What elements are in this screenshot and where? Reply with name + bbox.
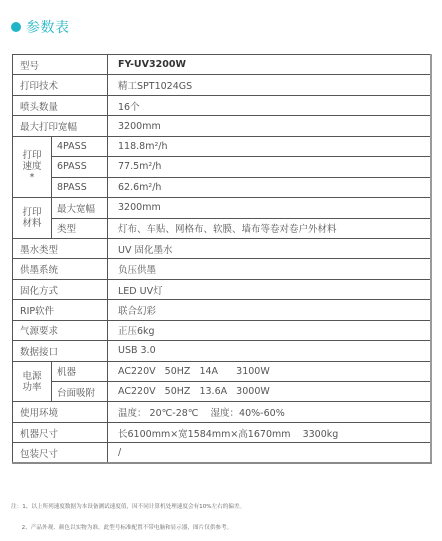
table-row-environment: 使用环境 温度： 20℃-28℃ 湿度：40%-60% (13, 402, 431, 422)
row-value: 长6100mm×宽1584mm×高1670mm 3300kg (108, 422, 431, 442)
group-label-power: 电源功率 (13, 361, 52, 402)
row-label: 包装尺寸 (13, 443, 108, 463)
spec-table: 型号 FY-UV3200W 打印技术 精工SPT1024GS 喷头数量 16个 … (12, 54, 432, 464)
group-label-text: 打印材料 (21, 207, 43, 229)
row-label: RIP软件 (13, 300, 108, 320)
table-row-rip: RIP软件 联合幻彩 (13, 300, 431, 320)
row-value: / (108, 443, 431, 463)
row-value: 3200mm (108, 198, 431, 218)
sub-label: 6PASS (52, 157, 108, 177)
table-row-print-tech: 打印技术 精工SPT1024GS (13, 75, 431, 95)
bullet-dot-icon (11, 22, 21, 32)
row-label: 墨水类型 (13, 238, 108, 258)
table-row-air-source: 气源要求 正压6kg (13, 320, 431, 340)
row-label: 喷头数量 (13, 95, 108, 115)
row-value: 灯布、车贴、网格布、软膜、墙布等卷对卷户外材料 (108, 218, 431, 238)
row-label: 最大打印宽幅 (13, 116, 108, 136)
row-value: USB 3.0 (108, 341, 431, 361)
table-row-power-vacuum: 台面吸附 AC220V 50HZ 13.6A 3000W (13, 382, 431, 402)
table-row-max-print-width: 最大打印宽幅 3200mm (13, 116, 431, 136)
row-value: FY-UV3200W (108, 55, 431, 75)
sub-label: 机器 (52, 361, 108, 381)
row-value: 正压6kg (108, 320, 431, 340)
row-value: AC220V 50HZ 13.6A 3000W (108, 382, 431, 402)
table-row-curing: 固化方式 LED UV灯 (13, 279, 431, 299)
group-label-print-speed: 打印速度 * (13, 136, 52, 197)
row-label: 气源要求 (13, 320, 108, 340)
speed-footnote-mark: * (30, 172, 35, 183)
row-value: 62.6m²/h (108, 177, 431, 197)
sub-label: 台面吸附 (52, 382, 108, 402)
table-row-power-machine: 电源功率 机器 AC220V 50HZ 14A 3100W (13, 361, 431, 381)
row-value: 3200mm (108, 116, 431, 136)
row-value: UV 固化墨水 (108, 238, 431, 258)
row-value: 118.8m²/h (108, 136, 431, 156)
sub-label: 8PASS (52, 177, 108, 197)
table-row-ink-type: 墨水类型 UV 固化墨水 (13, 238, 431, 258)
row-label: 打印技术 (13, 75, 108, 95)
table-row-machine-size: 机器尺寸 长6100mm×宽1584mm×高1670mm 3300kg (13, 422, 431, 442)
row-value: 77.5m²/h (108, 157, 431, 177)
sub-label: 最大宽幅 (52, 198, 108, 218)
group-label-text: 打印速度 (21, 150, 43, 172)
sub-label: 类型 (52, 218, 108, 238)
row-value: 精工SPT1024GS (108, 75, 431, 95)
table-row-material-type: 类型 灯布、车贴、网格布、软膜、墙布等卷对卷户外材料 (13, 218, 431, 238)
table-row-material-width: 打印材料 最大宽幅 3200mm (13, 198, 431, 218)
table-row-model: 型号 FY-UV3200W (13, 55, 431, 75)
row-label: 型号 (13, 55, 108, 75)
group-label-text: 电源功率 (21, 371, 43, 393)
table-row-print-speed-8pass: 8PASS 62.6m²/h (13, 177, 431, 197)
footnote-line-2: 2、产品外观、颜色以实物为准，此型号标准配置不带电脑和显示器，图片仅供参考。 (11, 525, 245, 532)
row-value: 温度： 20℃-28℃ 湿度：40%-60% (108, 402, 431, 422)
footnotes: 注：1、以上所列速度数据为本设备测试速度值，因不同计算机处理速度会有10%左右的… (11, 490, 245, 539)
section-header: 参数表 (11, 17, 70, 37)
row-label: 机器尺寸 (13, 422, 108, 442)
row-value: 16个 (108, 95, 431, 115)
row-label: 固化方式 (13, 279, 108, 299)
row-label: 数据接口 (13, 341, 108, 361)
footnote-line-1: 注：1、以上所列速度数据为本设备测试速度值，因不同计算机处理速度会有10%左右的… (11, 504, 245, 511)
table-row-ink-supply: 供墨系统 负压供墨 (13, 259, 431, 279)
table-row-data-interface: 数据接口 USB 3.0 (13, 341, 431, 361)
section-title: 参数表 (26, 17, 70, 37)
row-value: 负压供墨 (108, 259, 431, 279)
row-value: LED UV灯 (108, 279, 431, 299)
table-row-print-speed-4pass: 打印速度 * 4PASS 118.8m²/h (13, 136, 431, 156)
group-label-print-material: 打印材料 (13, 198, 52, 239)
table-row-print-speed-6pass: 6PASS 77.5m²/h (13, 157, 431, 177)
row-value: 联合幻彩 (108, 300, 431, 320)
row-value: AC220V 50HZ 14A 3100W (108, 361, 431, 381)
row-label: 供墨系统 (13, 259, 108, 279)
table-row-nozzle-count: 喷头数量 16个 (13, 95, 431, 115)
table-row-package-size: 包装尺寸 / (13, 443, 431, 463)
row-label: 使用环境 (13, 402, 108, 422)
sub-label: 4PASS (52, 136, 108, 156)
